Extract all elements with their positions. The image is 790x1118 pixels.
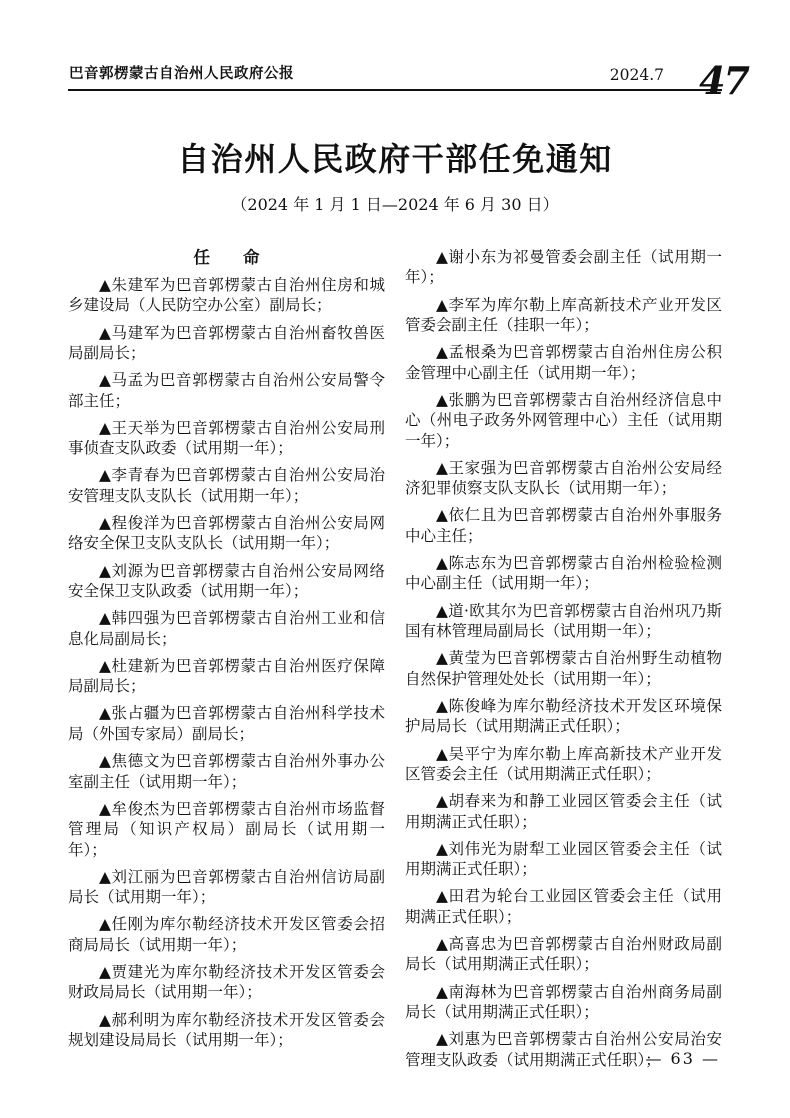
appointment-item: ▲王天举为巴音郭楞蒙古自治州公安局刑事侦查支队政委（试用期一年）；: [68, 418, 385, 459]
page-number: — 63 —: [645, 1049, 720, 1068]
issue-number: 47: [699, 62, 748, 100]
page-header: 巴音郭楞蒙古自治州人民政府公报 2024.7 47: [68, 0, 722, 91]
appointment-item: ▲刘源为巴音郭楞蒙古自治州公安局网络安全保卫支队政委（试用期一年）；: [68, 561, 385, 602]
appointment-item: ▲黄莹为巴音郭楞蒙古自治州野生动植物自然保护管理处处长（试用期一年）；: [405, 648, 722, 689]
appointment-item: ▲胡春来为和静工业园区管委会主任（试用期满正式任职）；: [405, 791, 722, 832]
gazette-page: 巴音郭楞蒙古自治州人民政府公报 2024.7 47 自治州人民政府干部任免通知 …: [0, 0, 790, 1118]
document-body: 自治州人民政府干部任免通知 （2024 年 1 月 1 日—2024 年 6 月…: [0, 0, 790, 1077]
appointment-item: ▲南海林为巴音郭楞蒙古自治州商务局副局长（试用期满正式任职）；: [405, 982, 722, 1023]
appointment-item: ▲高喜忠为巴音郭楞蒙古自治州财政局副局长（试用期满正式任职）；: [405, 934, 722, 975]
appointment-item: ▲吴平宁为库尔勒上库高新技术产业开发区管委会主任（试用期满正式任职）；: [405, 744, 722, 785]
gazette-title: 巴音郭楞蒙古自治州人民政府公报: [69, 62, 294, 83]
appointment-item: ▲道·欧其尔为巴音郭楞蒙古自治州巩乃斯国有林管理局副局长（试用期一年）；: [405, 601, 722, 642]
appointment-item: ▲郝利明为库尔勒经济技术开发区管委会规划建设局局长（试用期一年）；: [68, 1010, 385, 1051]
section-heading-appointments: 任 命: [68, 247, 385, 268]
document-subtitle: （2024 年 1 月 1 日—2024 年 6 月 30 日）: [68, 192, 722, 215]
appointment-item: ▲程俊洋为巴音郭楞蒙古自治州公安局网络安全保卫支队支队长（试用期一年）；: [68, 513, 385, 554]
appointment-item: ▲朱建军为巴音郭楞蒙古自治州住房和城乡建设局（人民防空办公室）副局长；: [68, 275, 385, 316]
appointment-item: ▲田君为轮台工业园区管委会主任（试用期满正式任职）；: [405, 886, 722, 927]
issue-date: 2024.7: [610, 66, 664, 84]
appointment-item: ▲陈俊峰为库尔勒经济技术开发区环境保护局局长（试用期满正式任职）；: [405, 696, 722, 737]
appointment-item: ▲李军为库尔勒上库高新技术产业开发区管委会副主任（挂职一年）；: [405, 295, 722, 336]
appointment-item: ▲贾建光为库尔勒经济技术开发区管委会财政局局长（试用期一年）；: [68, 962, 385, 1003]
appointment-item: ▲任刚为库尔勒经济技术开发区管委会招商局局长（试用期一年）；: [68, 914, 385, 955]
appointment-item: ▲孟根桑为巴音郭楞蒙古自治州住房公积金管理中心副主任（试用期一年）；: [405, 342, 722, 383]
appointment-item: ▲杜建新为巴音郭楞蒙古自治州医疗保障局副局长；: [68, 656, 385, 697]
right-column: ▲谢小东为祁曼管委会副主任（试用期一年）；▲李军为库尔勒上库高新技术产业开发区管…: [405, 247, 722, 1077]
appointment-item: ▲韩四强为巴音郭楞蒙古自治州工业和信息化局副局长；: [68, 608, 385, 649]
appointment-list-left: ▲朱建军为巴音郭楞蒙古自治州住房和城乡建设局（人民防空办公室）副局长；▲马建军为…: [68, 275, 385, 1050]
appointment-item: ▲牟俊杰为巴音郭楞蒙古自治州市场监督管理局（知识产权局）副局长（试用期一年）；: [68, 799, 385, 860]
appointment-item: ▲张占疆为巴音郭楞蒙古自治州科学技术局（外国专家局）副局长；: [68, 703, 385, 744]
appointment-item: ▲刘江丽为巴音郭楞蒙古自治州信访局副局长（试用期一年）；: [68, 867, 385, 908]
appointment-item: ▲李青春为巴音郭楞蒙古自治州公安局治安管理支队支队长（试用期一年）；: [68, 465, 385, 506]
appointment-item: ▲马孟为巴音郭楞蒙古自治州公安局警令部主任；: [68, 370, 385, 411]
appointment-item: ▲张鹏为巴音郭楞蒙古自治州经济信息中心（州电子政务外网管理中心）主任（试用期一年…: [405, 390, 722, 451]
header-divider: [68, 89, 722, 91]
appointment-item: ▲马建军为巴音郭楞蒙古自治州畜牧兽医局副局长；: [68, 323, 385, 364]
appointment-list-right: ▲谢小东为祁曼管委会副主任（试用期一年）；▲李军为库尔勒上库高新技术产业开发区管…: [405, 247, 722, 1070]
appointment-item: ▲谢小东为祁曼管委会副主任（试用期一年）；: [405, 247, 722, 288]
appointment-item: ▲陈志东为巴音郭楞蒙古自治州检验检测中心副主任（试用期一年）；: [405, 553, 722, 594]
appointment-item: ▲依仁且为巴音郭楞蒙古自治州外事服务中心主任；: [405, 505, 722, 546]
appointment-item: ▲焦德文为巴音郭楞蒙古自治州外事办公室副主任（试用期一年）；: [68, 751, 385, 792]
two-column-layout: 任 命 ▲朱建军为巴音郭楞蒙古自治州住房和城乡建设局（人民防空办公室）副局长；▲…: [68, 247, 722, 1077]
appointment-item: ▲刘伟光为尉犁工业园区管委会主任（试用期满正式任职）；: [405, 839, 722, 880]
appointment-item: ▲王家强为巴音郭楞蒙古自治州公安局经济犯罪侦察支队支队长（试用期一年）；: [405, 458, 722, 499]
left-column: 任 命 ▲朱建军为巴音郭楞蒙古自治州住房和城乡建设局（人民防空办公室）副局长；▲…: [68, 247, 385, 1077]
document-title: 自治州人民政府干部任免通知: [68, 139, 722, 179]
